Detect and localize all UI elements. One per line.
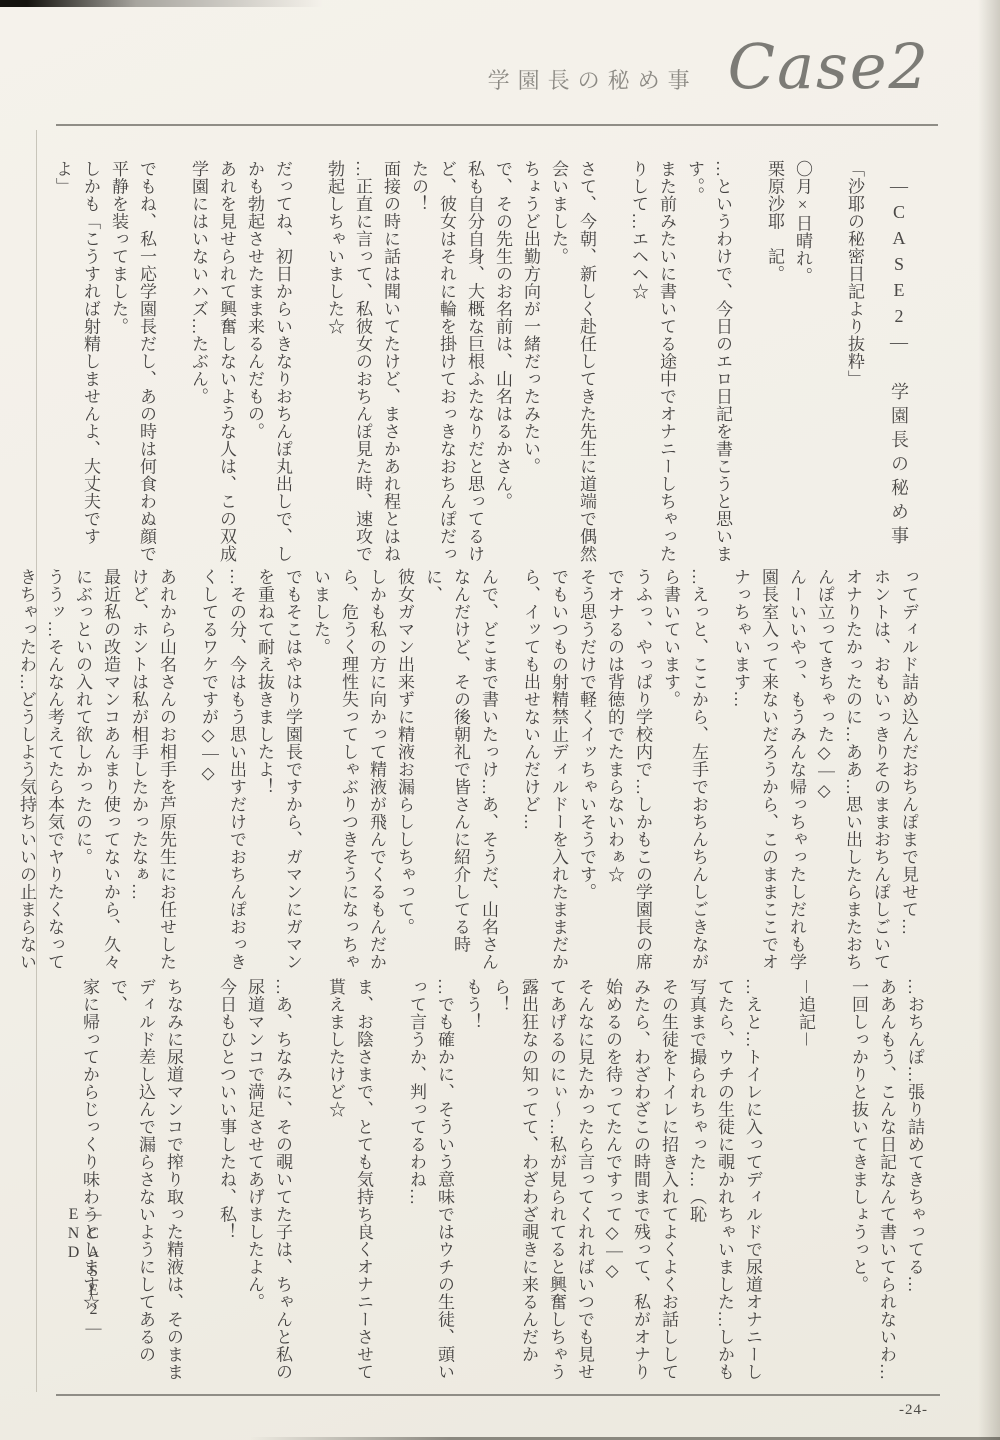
text-column: で、その先生のお名前は、山名はるかさん。 (488, 160, 516, 568)
text-column: 彼女ガマン出来ずに精液お漏らししちゃって。 (390, 568, 418, 982)
text-column: ディルド差し込んで漏らさないようにしてあるので、 (103, 978, 159, 1392)
scan-edge-artifact-top (0, 0, 340, 7)
text-column: 始めるのを待ってたんですって◇｜◇ (598, 978, 626, 1392)
text-column: けど、ホントは私が相手したかったなぁ… (124, 568, 152, 982)
text-column: 会いました。 (544, 160, 572, 568)
text-column: 私も自分自身、大概な巨根ふたなりだと思ってるけ (460, 160, 488, 568)
text-column: なんだけど、その後朝礼で皆さんに紹介してる時に、 (418, 568, 474, 982)
column-gap (736, 160, 760, 568)
footer-divider (56, 1394, 940, 1396)
text-column: てたら、ウチの生徒に覗かれちゃいました…しかも (710, 978, 738, 1392)
column-gap (160, 160, 184, 568)
text-column: 栗原沙耶 記。 (760, 160, 788, 568)
page-number: -24- (899, 1402, 928, 1419)
text-column: ら、イッても出せないんだけど… (516, 568, 544, 982)
text-column: さて、今朝、新しく赴任してきた先生に道端で偶然 (572, 160, 600, 568)
text-column: って言うか、判ってるわね… (402, 978, 430, 1392)
column-gap (187, 978, 212, 1392)
text-column: でオナるのは背徳的でたまらないわぁ☆ (600, 568, 628, 982)
text-column: んぽ立ってきちゃった◇｜◇ (810, 568, 838, 982)
text-column: …でも確かに、そういう意味ではウチの生徒、頭い (430, 978, 458, 1392)
text-column: を重ねて耐え抜きましたよ！ (250, 568, 278, 982)
text-column: にぶっといの入れて欲しかったのに。 (68, 568, 96, 982)
text-column: 写真まで撮られちゃった…（恥 (682, 978, 710, 1392)
text-column: 勃起しちゃいました☆ (320, 160, 348, 568)
text-column: だってね、初日からいきなりおちんぽ丸出しで、し (268, 160, 296, 568)
column-gap (819, 978, 844, 1392)
text-column: りして…エヘヘ☆ (624, 160, 652, 568)
text-column: ちょうど出勤方向が一緒だったみたい。 (516, 160, 544, 568)
text-column: ど、彼女はそれに輪を掛けておっきなおちんぽだっ (432, 160, 460, 568)
text-column: たの！ (404, 160, 432, 568)
text-column: その生徒をトイレに招き入れてよくよくお話しして (654, 978, 682, 1392)
column-gap (377, 978, 402, 1392)
diary-text-band-1: 「沙耶の秘密日記より抜粋」〇月×日晴れ。栗原沙耶 記。…というわけで、今日のエロ… (48, 160, 868, 568)
text-column: 露出狂なの知ってて、わざわざ覗きに来るんだから！ (486, 978, 542, 1392)
text-column: 園長室入って来ないだろうから、このままここでオ (754, 568, 782, 982)
text-column: …えと…トイレに入ってディルドで尿道オナニーし (738, 978, 766, 1392)
text-column: …その分、今はもう思い出すだけでおちんぽおっき (222, 568, 250, 982)
text-column: あれから山名さんのお相手を芦原先生にお任せした (152, 568, 180, 982)
text-column: 最近私の改造マンコあんまり使ってないから、久々 (96, 568, 124, 982)
text-column: 学園にはいないハズ…たぶん。 (184, 160, 212, 568)
text-column: ってディルド詰め込んだおちんぽまで見せて… (894, 568, 922, 982)
column-gap (766, 978, 791, 1392)
text-column: もう！ (458, 978, 486, 1392)
case-end-mark: ―CASE2― END (64, 1206, 105, 1406)
text-column: あれを見せられて興奮しないような人は、この双成 (212, 160, 240, 568)
diary-text-band-3: …おちんぽ…張り詰めてきちゃってる…ああんもう、こんな日記なんて書いてられないわ… (75, 978, 928, 1392)
text-column: ら書いています。 (656, 568, 684, 982)
text-column: ちなみに尿道マンコで搾り取った精液は、そのまま (159, 978, 187, 1392)
text-column: くしてるワケですが◇｜◇ (194, 568, 222, 982)
text-column: んで、どこまで書いたっけ…あ、そうだ、山名さん (474, 568, 502, 982)
text-column: 〇月×日晴れ。 (788, 160, 816, 568)
text-column: しかも私の方に向かって精液が飛んでくるもんだか (362, 568, 390, 982)
scanned-page: 学園長の秘め事 Case2 ―CASE2― 学園長の秘め事 「沙耶の秘密日記より… (0, 0, 1000, 1440)
column-gap (502, 568, 516, 982)
column-gap (180, 568, 194, 982)
text-column: でもね、私一応学園長だし、あの時は何食わぬ顔で (132, 160, 160, 568)
text-column: …えっと、ここから、左手でおちんちんしごきなが (684, 568, 712, 982)
text-column: ま、お陰さまで、とても気持ち良くオナニーさせて (349, 978, 377, 1392)
text-column: きちゃったわ…どうしよう気持ちいいの止まらない (12, 568, 40, 982)
text-column: －追記－ (791, 978, 819, 1392)
column-gap (712, 568, 726, 982)
text-column: 貰えましたけど☆ (321, 978, 349, 1392)
text-column: オナりたかったのに…ああ…思い出したらまたおち (838, 568, 866, 982)
text-column: みたら、わざわざこの時間まで残って、私がオナり (626, 978, 654, 1392)
column-gap (296, 160, 320, 568)
text-column: 尿道マンコで満足させてあげましたよん。 (240, 978, 268, 1392)
text-column: ううッ…そんなん考えてたら本気でヤりたくなって (40, 568, 68, 982)
text-column: ら、危うく理性失ってしゃぶりつきそうになっちゃ (334, 568, 362, 982)
text-column: 面接の時に話は聞いてたけど、まさかあれ程とはね (376, 160, 404, 568)
diary-text-band-2: ってディルド詰め込んだおちんぽまで見せて…ホントは、おもいっきりそのままおちんぽ… (12, 568, 922, 982)
text-column: かも勃起させたまま来るんだもの。 (240, 160, 268, 568)
text-column: ああんもう、こんな日記なんて書いてられないわ… (872, 978, 900, 1392)
diary-section-heading: ―CASE2― 学園長の秘め事 (886, 176, 912, 576)
scan-edge-artifact-right (978, 0, 1000, 1440)
text-column: …あ、ちなみに、その覗いてた子は、ちゃんと私の (268, 978, 296, 1392)
text-column: いました。 (306, 568, 334, 982)
page-header: 学園長の秘め事 Case2 (488, 36, 930, 98)
text-column: そう思うだけで軽くイッちゃいそうです。 (572, 568, 600, 982)
text-column: そんなに見たかったら言ってくれればいつでも見せ (570, 978, 598, 1392)
text-column: …正直に言って、私彼女のおちんぽ見た時、速攻で (348, 160, 376, 568)
text-column: てあげるのにぃ～…私が見られてると興奮しちゃう (542, 978, 570, 1392)
text-column: ホントは、おもいっきりそのままおちんぽしごいて (866, 568, 894, 982)
text-column: 平静を装ってました。 (104, 160, 132, 568)
text-column: んーいいやっ、もうみんな帰っちゃったしだれも学 (782, 568, 810, 982)
case-number-title: Case2 (728, 36, 930, 98)
column-gap (816, 160, 840, 568)
text-column: ナっちゃいます… (726, 568, 754, 982)
text-column: …おちんぽ…張り詰めてきちゃってる… (900, 978, 928, 1392)
text-column: 「沙耶の秘密日記より抜粋」 (840, 160, 868, 568)
text-column: でもそこはやはり学園長ですから、ガマンにガマン (278, 568, 306, 982)
text-column: また前みたいに書いてる途中でオナニーしちゃった (652, 160, 680, 568)
column-gap (296, 978, 321, 1392)
column-gap (600, 160, 624, 568)
chapter-subtitle: 学園長の秘め事 (488, 64, 698, 95)
text-column: でもいつもの射精禁止ディルドーを入れたままだか (544, 568, 572, 982)
text-column: しかも「こうすれば射精しませんよ、大丈夫ですよ」 (48, 160, 104, 568)
text-column: …というわけで、今日のエロ日記を書こうと思いま (708, 160, 736, 568)
text-column: 今日もひとついい事したね、私！ (212, 978, 240, 1392)
text-column: 一回しっかりと抜いてきましょうっと。 (844, 978, 872, 1392)
text-column: うふっ、やっぱり学校内で…しかもこの学園長の席 (628, 568, 656, 982)
text-column: す。。 (680, 160, 708, 568)
header-divider (56, 124, 938, 126)
